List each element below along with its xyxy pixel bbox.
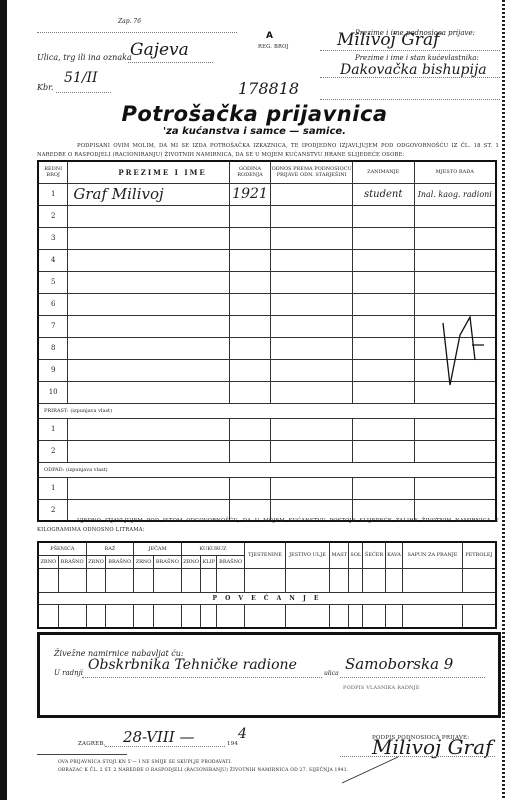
sub-zrno: ZRNO <box>134 555 154 568</box>
sub-brasno: BRAŠNO <box>153 555 181 568</box>
increase-cell[interactable] <box>245 604 286 628</box>
owner-line-2 <box>320 99 500 100</box>
applicant-line <box>320 50 500 51</box>
increase-cell[interactable] <box>285 604 329 628</box>
person-birth-year[interactable] <box>229 359 271 381</box>
street-label: Ulica, trg ili ina oznaka <box>37 53 132 62</box>
person-relation[interactable] <box>271 205 352 227</box>
person-workplace[interactable] <box>414 440 496 462</box>
form-title: Potrošačka prijavnica <box>0 102 509 126</box>
form-letter-a: A <box>266 31 273 41</box>
table-row: 1 <box>38 477 496 499</box>
stock-group-header: PŠENICA RAŽ JEČAM KUKURUZ TJESTENINE JES… <box>38 542 496 555</box>
row-number: 2 <box>38 205 68 227</box>
odpad-label: ODPAD: (izpunjava vlast) <box>38 462 496 477</box>
group-kukuruz: KUKURUZ <box>181 542 244 555</box>
person-birth-year[interactable] <box>229 315 271 337</box>
stock-cell[interactable] <box>462 568 496 592</box>
owner-line <box>320 77 500 78</box>
handwritten-mark-icon <box>440 315 485 390</box>
shop-line <box>82 677 322 678</box>
person-name[interactable] <box>68 205 229 227</box>
sub-brasno: BRAŠNO <box>217 555 245 568</box>
person-workplace[interactable] <box>414 205 496 227</box>
place-label: ZAGREB, <box>78 741 106 747</box>
row-number: 1 <box>38 183 68 205</box>
header-workplace: MJESTO RADA <box>414 161 496 183</box>
header-relation: ODNOS PREMA PODNOSIOCU PRIJAVE ODN. STAR… <box>271 161 352 183</box>
person-workplace[interactable] <box>414 227 496 249</box>
increase-cell[interactable] <box>58 604 86 628</box>
stock-cell[interactable] <box>181 568 201 592</box>
person-name[interactable] <box>68 315 229 337</box>
person-name[interactable] <box>68 477 229 499</box>
increase-cell[interactable] <box>403 604 463 628</box>
top-blank-line <box>37 32 237 33</box>
person-name[interactable] <box>68 249 229 271</box>
group-raz: RAŽ <box>86 542 134 555</box>
house-number-label: Kbr. <box>37 83 54 92</box>
stock-cell[interactable] <box>86 568 106 592</box>
row-number: 9 <box>38 359 68 381</box>
increase-cell[interactable] <box>181 604 201 628</box>
header-birth-year: GODINA RODENJA <box>229 161 271 183</box>
person-occupation[interactable] <box>352 205 414 227</box>
shop-street-line <box>340 677 485 678</box>
row-number: 7 <box>38 315 68 337</box>
increase-cell[interactable] <box>363 604 386 628</box>
stock-cell[interactable] <box>134 568 154 592</box>
stock-cell[interactable] <box>403 568 463 592</box>
increase-cell[interactable] <box>217 604 245 628</box>
group-jecam: JEČAM <box>134 542 182 555</box>
odpad-section: ODPAD: (izpunjava vlast) <box>38 462 496 477</box>
person-occupation[interactable] <box>352 249 414 271</box>
street-line <box>128 62 213 63</box>
person-name[interactable] <box>68 293 229 315</box>
stock-cell[interactable] <box>349 568 363 592</box>
person-occupation[interactable] <box>352 293 414 315</box>
sub-zrno: ZRNO <box>86 555 106 568</box>
row-number: 1 <box>38 418 68 440</box>
top-scribble: Zap. 76 <box>118 18 141 25</box>
person-name[interactable] <box>68 440 229 462</box>
date-value[interactable]: 28-VIII — <box>123 728 194 746</box>
person-relation[interactable] <box>271 183 352 205</box>
owner-value[interactable]: Dakovačka bishupija <box>340 62 487 78</box>
row-number: 4 <box>38 249 68 271</box>
increase-values-row <box>38 604 496 628</box>
row-number: 10 <box>38 381 68 403</box>
stock-table: PŠENICA RAŽ JEČAM KUKURUZ TJESTENINE JES… <box>37 541 497 629</box>
increase-cell[interactable] <box>349 604 363 628</box>
col-kava: KAVA <box>385 542 402 568</box>
header-redni-broj: REDNI BROJ <box>38 161 68 183</box>
povecanje-label: P O V E Ć A N J E <box>38 592 496 604</box>
person-relation[interactable] <box>271 249 352 271</box>
applicant-signature[interactable]: Milivoj Graf <box>337 30 439 50</box>
person-birth-year[interactable] <box>229 227 271 249</box>
table-row: 10 <box>38 381 496 403</box>
house-number-value[interactable]: 51/II <box>64 70 98 86</box>
table-row: 8 <box>38 337 496 359</box>
stock-cell[interactable] <box>106 568 134 592</box>
table-row: 5 <box>38 271 496 293</box>
person-name[interactable] <box>68 359 229 381</box>
header-occupation: ZANIMANJE <box>352 161 414 183</box>
price-note: OVA PRIJAVNICA STOJI KN 5'— I NE SMIJE S… <box>58 760 232 765</box>
person-name[interactable]: Graf Milivoj <box>68 183 229 205</box>
person-occupation[interactable] <box>352 227 414 249</box>
shop-value[interactable]: Obskrbnika Tehničke radione <box>88 657 297 673</box>
col-petrolej: PETROLEJ <box>462 542 496 568</box>
reg-broj-label: REG. BROJ <box>258 44 289 50</box>
col-tjestenine: TJESTENINE <box>245 542 286 568</box>
person-name[interactable] <box>68 271 229 293</box>
person-relation[interactable] <box>271 227 352 249</box>
prirast-label: PRIRAST: (izpunjava vlast) <box>38 403 496 418</box>
sub-brasno: BRAŠNO <box>106 555 134 568</box>
person-name[interactable] <box>68 227 229 249</box>
shop-stamp-text: PODPIS VLASNIKA RADNJE <box>343 685 420 691</box>
stock-cell[interactable] <box>285 568 329 592</box>
sub-zrno: ZRNO <box>38 555 58 568</box>
table-row: 4 <box>38 249 496 271</box>
person-birth-year[interactable] <box>229 293 271 315</box>
person-relation[interactable] <box>271 418 352 440</box>
person-relation[interactable] <box>271 315 352 337</box>
increase-cell[interactable] <box>201 604 217 628</box>
registration-number: 178818 <box>238 79 299 98</box>
person-name[interactable] <box>68 418 229 440</box>
shop-street-value[interactable]: Samoborska 9 <box>345 655 453 673</box>
increase-cell[interactable] <box>330 604 349 628</box>
table-row: 2 <box>38 440 496 462</box>
person-occupation[interactable] <box>352 271 414 293</box>
person-birth-year[interactable]: 1921 <box>229 183 271 205</box>
person-occupation[interactable] <box>352 477 414 499</box>
person-occupation[interactable] <box>352 381 414 403</box>
person-birth-year[interactable] <box>229 205 271 227</box>
table-row: 7 <box>38 315 496 337</box>
increase-cell[interactable] <box>106 604 134 628</box>
row-number: 2 <box>38 440 68 462</box>
person-name[interactable] <box>68 381 229 403</box>
shop-street-label: ulica <box>324 670 339 677</box>
signature-stroke-icon <box>340 755 400 785</box>
person-birth-year[interactable] <box>229 440 271 462</box>
person-birth-year[interactable] <box>229 477 271 499</box>
stock-cell[interactable] <box>58 568 86 592</box>
person-occupation[interactable] <box>352 418 414 440</box>
table-row: 9 <box>38 359 496 381</box>
increase-cell[interactable] <box>153 604 181 628</box>
person-workplace[interactable] <box>414 271 496 293</box>
person-occupation[interactable] <box>352 337 414 359</box>
person-birth-year[interactable] <box>229 381 271 403</box>
form-subtitle: 'za kućanstva i samce — samice. <box>0 126 509 137</box>
increase-cell[interactable] <box>134 604 154 628</box>
prirast-section: PRIRAST: (izpunjava vlast) <box>38 403 496 418</box>
person-relation[interactable] <box>271 337 352 359</box>
person-birth-year[interactable] <box>229 418 271 440</box>
group-psenica: PŠENICA <box>38 542 86 555</box>
table-row: 1 Graf Milivoj 1921 student Inal. kaog. … <box>38 183 496 205</box>
stock-declaration: UJEDNO IZJAVLJUJEM POD ISTOM ODGOVORNOŠĆ… <box>37 517 499 535</box>
person-occupation[interactable]: student <box>352 183 414 205</box>
person-occupation[interactable] <box>352 359 414 381</box>
increase-cell[interactable] <box>385 604 402 628</box>
street-value[interactable]: Gajeva <box>130 40 189 60</box>
stock-cell[interactable] <box>363 568 386 592</box>
increase-cell[interactable] <box>462 604 496 628</box>
table-row: 3 <box>38 227 496 249</box>
person-relation[interactable] <box>271 477 352 499</box>
stock-cell[interactable] <box>38 568 58 592</box>
person-occupation[interactable] <box>352 315 414 337</box>
person-birth-year[interactable] <box>229 271 271 293</box>
header-name: PREZIME I IME <box>68 161 229 183</box>
row-number: 3 <box>38 227 68 249</box>
person-relation[interactable] <box>271 293 352 315</box>
person-birth-year[interactable] <box>229 249 271 271</box>
sub-zrno: ZRNO <box>181 555 201 568</box>
col-mast: MAST <box>330 542 349 568</box>
person-birth-year[interactable] <box>229 337 271 359</box>
shop-label: U radnji <box>54 669 83 677</box>
year-prefix: 194 <box>227 741 238 747</box>
table-row: 6 <box>38 293 496 315</box>
persons-table: REDNI BROJ PREZIME I IME GODINA RODENJA … <box>37 160 497 522</box>
table-row: 1 <box>38 418 496 440</box>
person-workplace[interactable] <box>414 477 496 499</box>
legal-note: OBRAZAC K ČL. 2 ST. 2 NAREDBE O RASPODJE… <box>58 768 348 773</box>
sub-klip: KLIP <box>201 555 217 568</box>
col-secer: ŠEĆER <box>363 542 386 568</box>
row-number: 5 <box>38 271 68 293</box>
footer-rule <box>37 754 127 755</box>
person-workplace[interactable] <box>414 293 496 315</box>
sub-brasno: BRAŠNO <box>58 555 86 568</box>
povecanje-row: P O V E Ć A N J E <box>38 592 496 604</box>
col-jestivo-ulje: JESTIVO ULJE <box>285 542 329 568</box>
owner-label: Prezime i ime i stan kućevlastnika: <box>355 54 479 62</box>
col-sapun: SAPUN ZA PRANJE <box>403 542 463 568</box>
person-workplace[interactable] <box>414 418 496 440</box>
person-relation[interactable] <box>271 381 352 403</box>
stock-cell[interactable] <box>201 568 217 592</box>
table-row: 2 <box>38 205 496 227</box>
stock-cell[interactable] <box>153 568 181 592</box>
person-relation[interactable] <box>271 271 352 293</box>
stock-cell[interactable] <box>217 568 245 592</box>
person-workplace[interactable] <box>414 249 496 271</box>
stock-cell[interactable] <box>330 568 349 592</box>
row-number: 8 <box>38 337 68 359</box>
date-line <box>105 746 225 747</box>
increase-cell[interactable] <box>38 604 58 628</box>
person-name[interactable] <box>68 337 229 359</box>
person-relation[interactable] <box>271 359 352 381</box>
intro-declaration: PODPISANI OVIM MOLIM, DA MI SE IZDA POTR… <box>37 142 499 160</box>
person-occupation[interactable] <box>352 440 414 462</box>
col-sol: SOL <box>349 542 363 568</box>
row-number: 6 <box>38 293 68 315</box>
year-suffix[interactable]: 4 <box>238 726 247 742</box>
supply-box: Živežne namirnice nabavljat ću: U radnji… <box>37 632 501 718</box>
stock-cell[interactable] <box>385 568 402 592</box>
row-number: 1 <box>38 477 68 499</box>
person-workplace[interactable]: Inal. kaog. radioni <box>414 183 496 205</box>
stock-values-row <box>38 568 496 592</box>
stock-cell[interactable] <box>245 568 286 592</box>
increase-cell[interactable] <box>86 604 106 628</box>
person-relation[interactable] <box>271 440 352 462</box>
house-number-line <box>56 92 111 93</box>
persons-table-header: REDNI BROJ PREZIME I IME GODINA RODENJA … <box>38 161 496 183</box>
